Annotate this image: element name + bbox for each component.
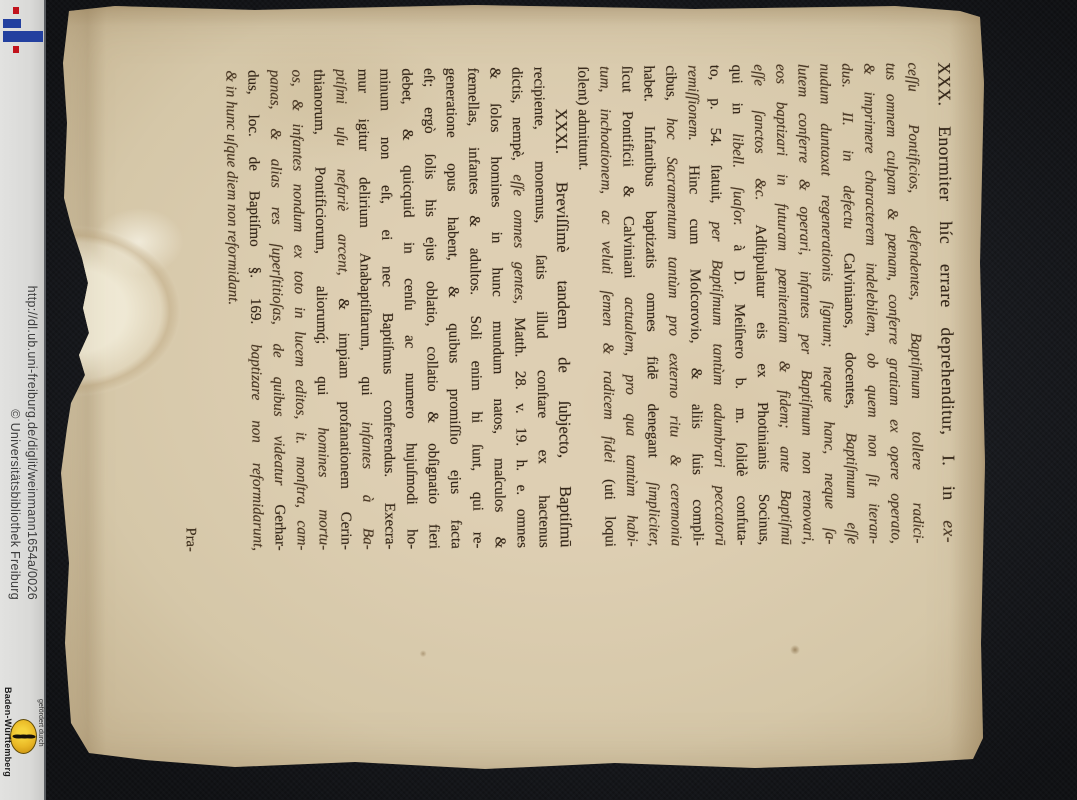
scan-url: http://dl.ub.uni-freiburg.de/diglit/wein… <box>23 198 40 600</box>
logo-red-square-top <box>13 7 19 14</box>
scan-attribution: http://dl.ub.uni-freiburg.de/diglit/wein… <box>6 198 40 600</box>
lion-glyph <box>24 735 35 739</box>
logo-blue-bar-long <box>3 31 43 42</box>
copyright-label: © Universitätsbibliothek Freiburg <box>6 198 23 600</box>
scanned-book-page <box>55 3 987 773</box>
baden-wuerttemberg-coat-of-arms-icon <box>10 719 37 754</box>
logo-blue-bar-short <box>3 19 21 28</box>
funding-label: gefördert durch <box>37 699 44 746</box>
logo-red-square-bottom <box>13 46 19 53</box>
library-metadata-strip: http://dl.ub.uni-freiburg.de/diglit/wein… <box>0 0 46 800</box>
funding-org-label: Baden-Württemberg <box>3 687 13 777</box>
scan-viewer-screenshot: { "colors":{ "background":"#1d1f24", "pa… <box>0 0 1077 800</box>
